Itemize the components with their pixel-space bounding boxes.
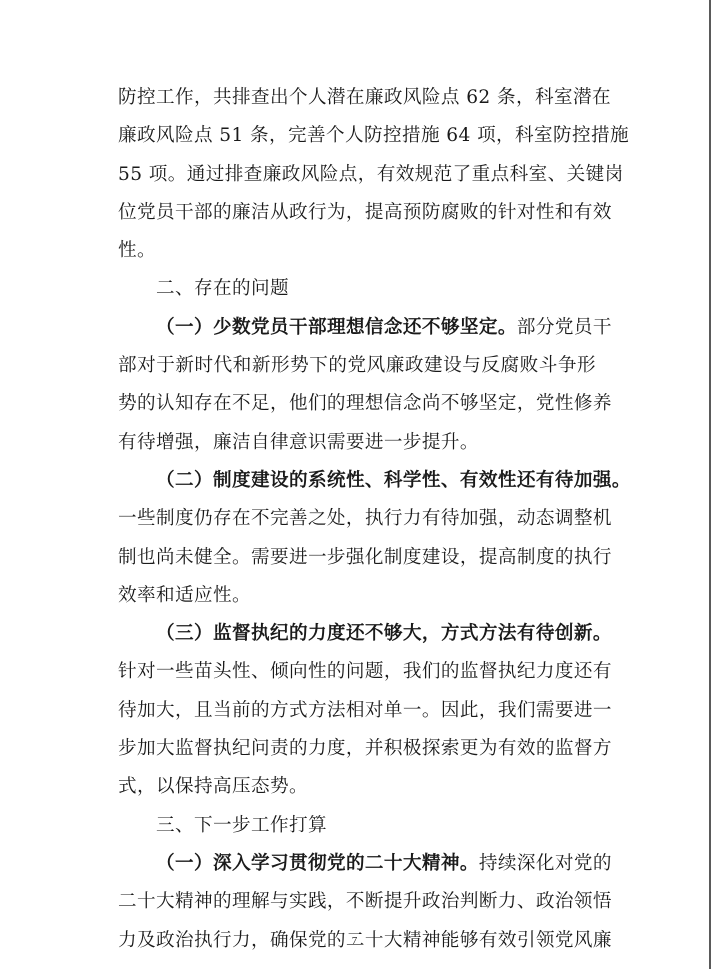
subsection-supervision-discipline: （三）监督执纪的力度还不够大，方式方法有待创新。 针对一些苗头性、倾向性的问题，… bbox=[118, 615, 596, 806]
paragraph-risk-prevention: 防控工作，共排查出个人潜在廉政风险点 62 条，科室潜在 廉政风险点 51 条，… bbox=[118, 79, 596, 270]
text-line: （三）监督执纪的力度还不够大，方式方法有待创新。 bbox=[118, 615, 596, 653]
subsection-title: （二）制度建设的系统性、科学性、有效性还有待加强。 bbox=[156, 470, 631, 491]
text-line: 防控工作，共排查出个人潜在廉政风险点 62 条，科室潜在 bbox=[118, 79, 596, 117]
text-line: 性。 bbox=[118, 232, 596, 270]
section-heading-problems: 二、存在的问题 bbox=[118, 270, 596, 308]
text-line: 部对于新时代和新形势下的党风廉政建设与反腐败斗争形 bbox=[118, 347, 596, 385]
text-line: 55 项。通过排查廉政风险点，有效规范了重点科室、关键岗 bbox=[118, 156, 596, 194]
document-page: 防控工作，共排查出个人潜在廉政风险点 62 条，科室潜在 廉政风险点 51 条，… bbox=[0, 0, 711, 969]
text-line: 势的认知存在不足，他们的理想信念尚不够坚定，党性修养 bbox=[118, 385, 596, 423]
subsection-title: （一）少数党员干部理想信念还不够坚定。 bbox=[156, 317, 517, 338]
text-line: 有待增强，廉洁自律意识需要进一步提升。 bbox=[118, 424, 596, 462]
subsection-title: （一）深入学习贯彻党的二十大精神。 bbox=[156, 853, 479, 874]
text-line: 制也尚未健全。需要进一步强化制度建设，提高制度的执行 bbox=[118, 539, 596, 577]
subsection-institution-building: （二）制度建设的系统性、科学性、有效性还有待加强。 一些制度仍存在不完善之处，执… bbox=[118, 462, 596, 615]
text-line: （二）制度建设的系统性、科学性、有效性还有待加强。 bbox=[118, 462, 596, 500]
text-line: 式，以保持高压态势。 bbox=[118, 768, 596, 806]
document-body: 防控工作，共排查出个人潜在廉政风险点 62 条，科室潜在 廉政风险点 51 条，… bbox=[118, 79, 596, 960]
text-line: 二十大精神的理解与实践，不断提升政治判断力、政治领悟 bbox=[118, 883, 596, 921]
text-line: （一）少数党员干部理想信念还不够坚定。部分党员干 bbox=[118, 309, 596, 347]
page-number: 7 bbox=[0, 935, 709, 947]
text-line: 廉政风险点 51 条，完善个人防控措施 64 项，科室防控措施 bbox=[118, 117, 596, 155]
text-line: （一）深入学习贯彻党的二十大精神。持续深化对党的 bbox=[118, 845, 596, 883]
text-line: 步加大监督执纪问责的力度，并积极探索更为有效的监督方 bbox=[118, 730, 596, 768]
text-line: 一些制度仍存在不完善之处，执行力有待加强，动态调整机 bbox=[118, 500, 596, 538]
text-line: 针对一些苗头性、倾向性的问题，我们的监督执纪力度还有 bbox=[118, 653, 596, 691]
text-line: 效率和适应性。 bbox=[118, 577, 596, 615]
text-line: 位党员干部的廉洁从政行为，提高预防腐败的针对性和有效 bbox=[118, 194, 596, 232]
subsection-title: （三）监督执纪的力度还不够大，方式方法有待创新。 bbox=[156, 623, 612, 644]
subsection-ideals-beliefs: （一）少数党员干部理想信念还不够坚定。部分党员干 部对于新时代和新形势下的党风廉… bbox=[118, 309, 596, 462]
text-line: 待加大，且当前的方式方法相对单一。因此，我们需要进一 bbox=[118, 692, 596, 730]
section-heading-next-steps: 三、下一步工作打算 bbox=[118, 807, 596, 845]
